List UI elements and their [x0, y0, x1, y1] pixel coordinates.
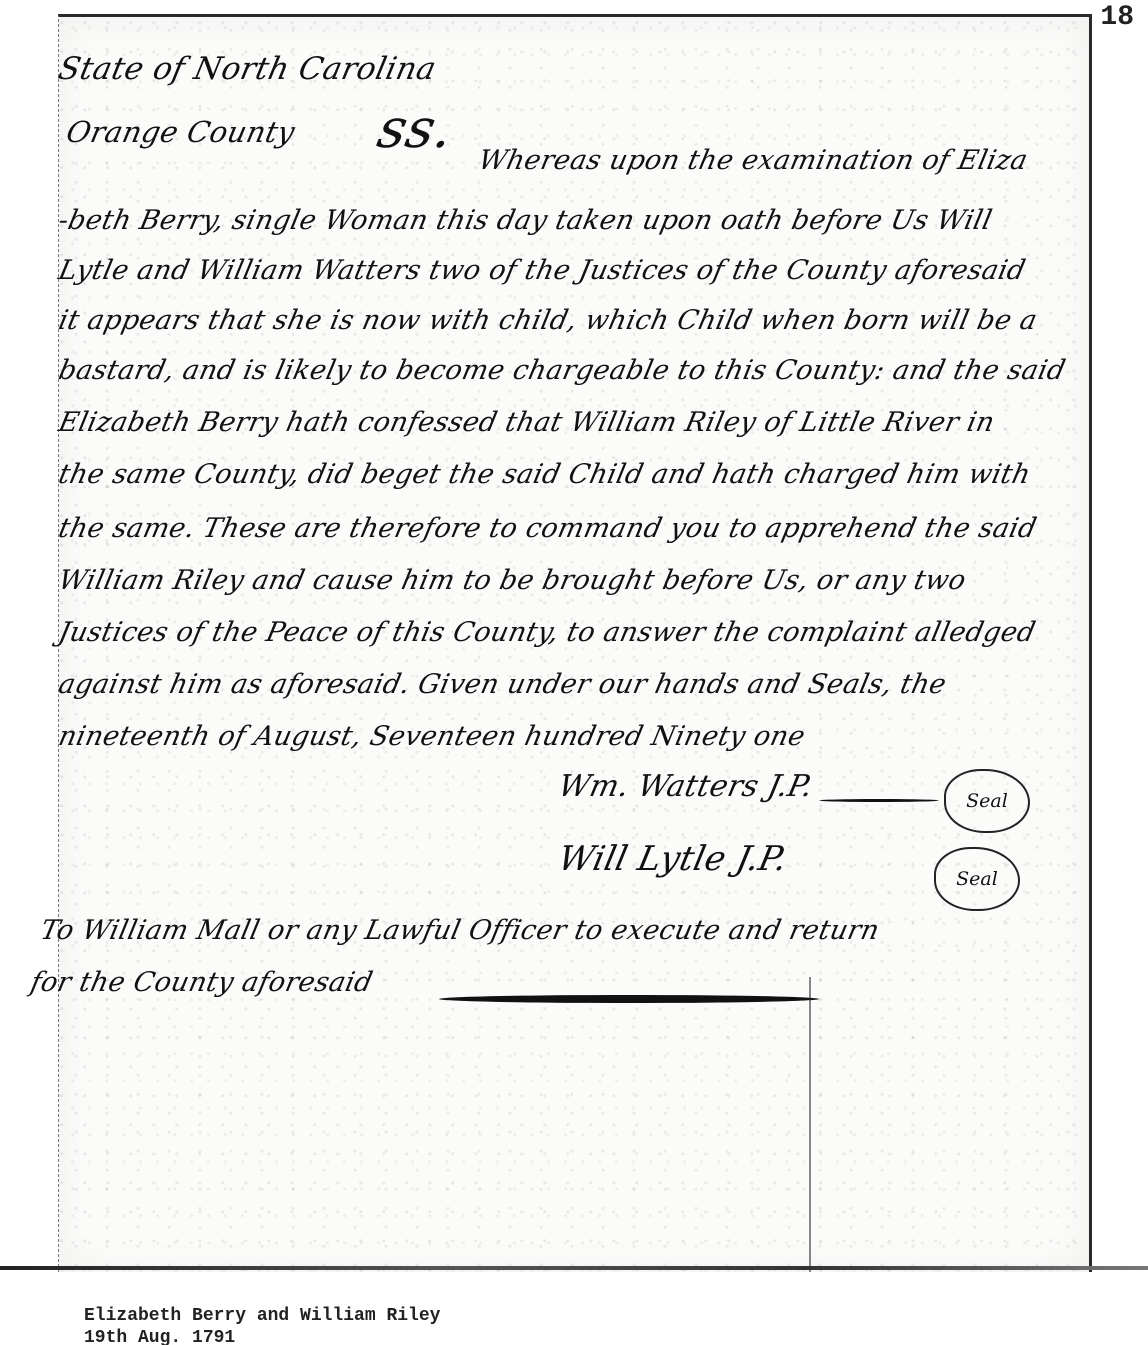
body-line-9: William Riley and cause him to be brough…: [56, 565, 969, 596]
signature-line: [819, 799, 939, 802]
body-line-6: Elizabeth Berry hath confessed that Will…: [56, 407, 998, 438]
heading-county: Orange County: [63, 115, 298, 149]
body-line-2: -beth Berry, single Woman this day taken…: [56, 205, 995, 236]
body-line-7: the same County, did beget the said Chil…: [56, 459, 1034, 490]
signature-lytle: Will Lytle J.P.: [555, 839, 791, 879]
caption-names: Elizabeth Berry and William Riley: [84, 1306, 440, 1326]
closing-flourish: [439, 995, 819, 1003]
body-line-1: Whereas upon the examination of Eliza: [476, 145, 1031, 176]
seal-2: Seal: [934, 847, 1020, 911]
caption-date: 19th Aug. 1791: [84, 1328, 235, 1345]
page-number: 18: [1100, 2, 1134, 33]
body-line-8: the same. These are therefore to command…: [56, 513, 1040, 544]
sheet-bottom-edge: [0, 1266, 1148, 1270]
address-line-1: To William Mall or any Lawful Officer to…: [38, 915, 882, 946]
body-line-10: Justices of the Peace of this County, to…: [56, 617, 1039, 648]
body-line-5: bastard, and is likely to become chargea…: [56, 355, 1069, 386]
address-line-2: for the County aforesaid: [28, 967, 376, 998]
signature-watters: Wm. Watters J.P.: [555, 769, 816, 804]
body-line-11: against him as aforesaid. Given under ou…: [56, 669, 949, 700]
scanned-document-sheet: State of North Carolina Orange County ss…: [58, 14, 1092, 1272]
heading-state: State of North Carolina: [55, 51, 439, 87]
seal-1: Seal: [944, 769, 1030, 833]
body-line-12: nineteenth of August, Seventeen hundred …: [56, 721, 808, 752]
body-line-3: Lytle and William Watters two of the Jus…: [56, 255, 1029, 286]
body-line-4: it appears that she is now with child, w…: [56, 305, 1040, 336]
ss-mark: ss.: [372, 97, 459, 160]
